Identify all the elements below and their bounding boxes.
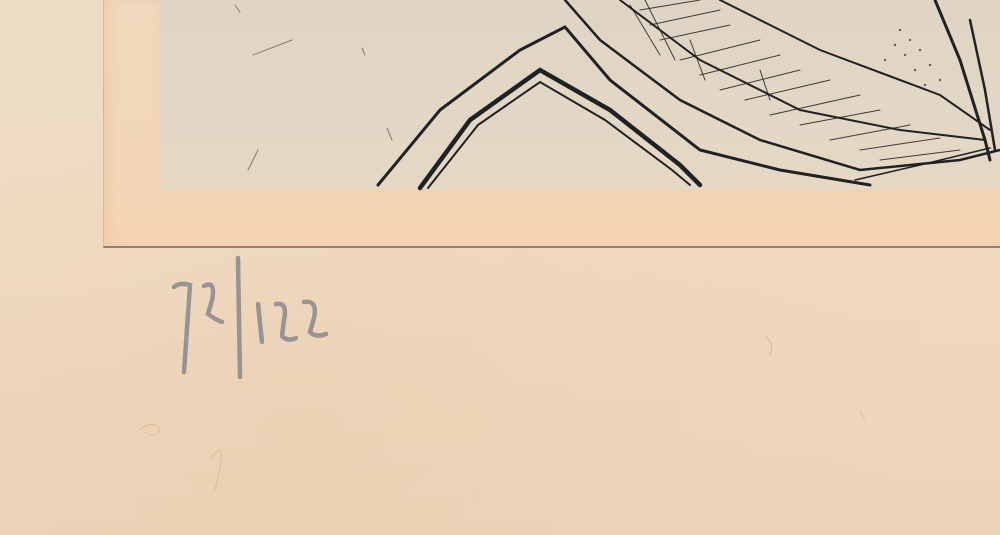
paper-fibers xyxy=(0,0,1000,535)
